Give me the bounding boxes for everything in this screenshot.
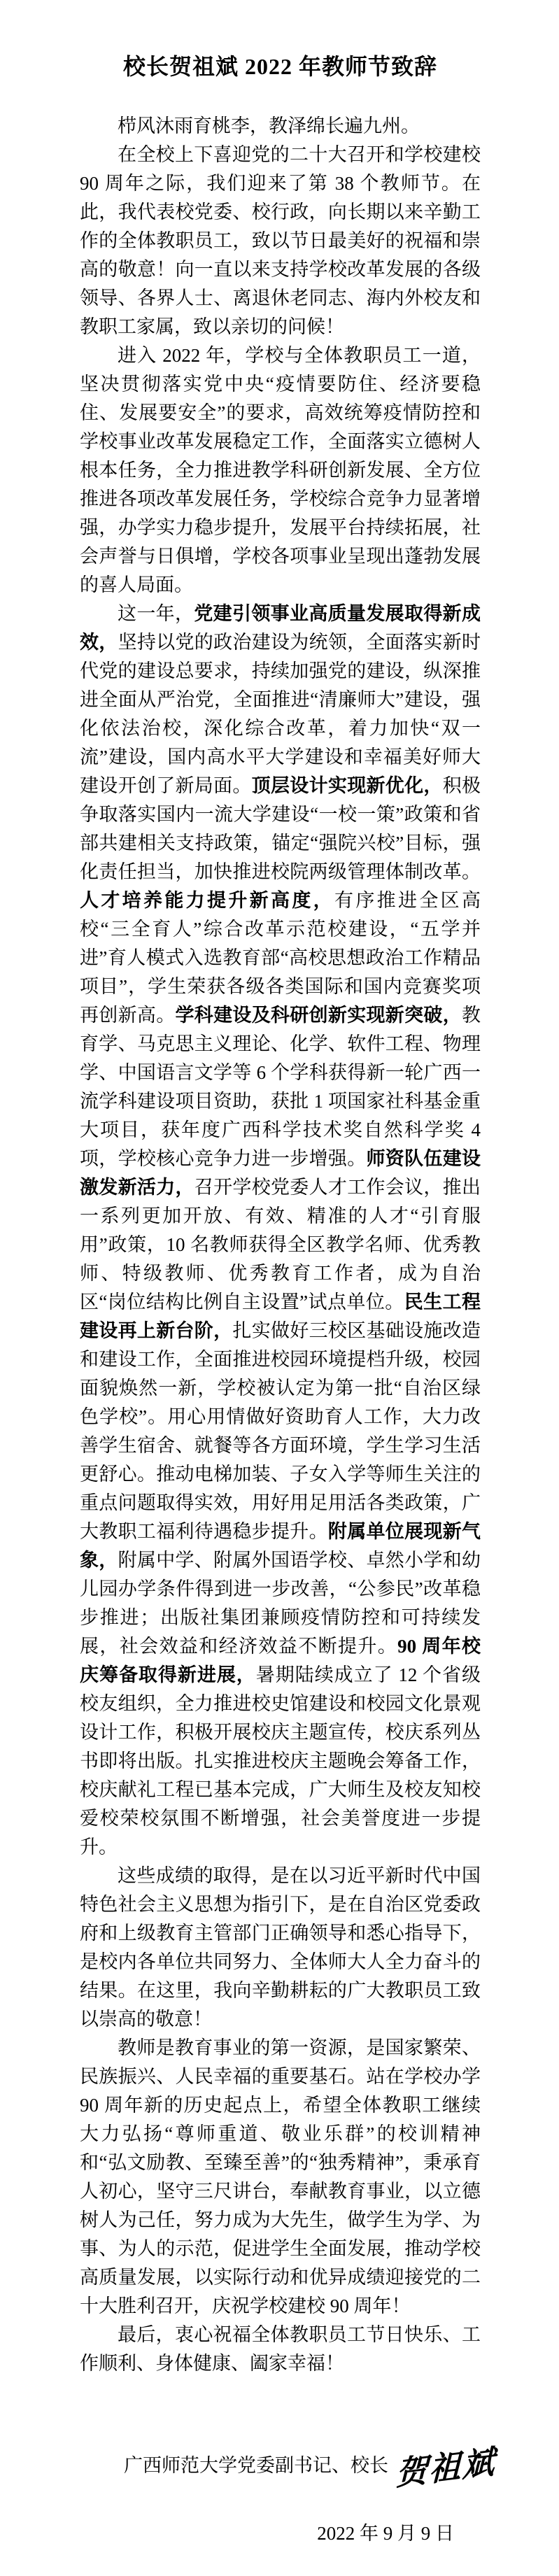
achievements-heading-talent-cultivation: 人才培养能力提升新高度， xyxy=(80,890,334,911)
document-date: 2022 年 9 月 9 日 xyxy=(80,2519,481,2548)
achievements-run-party-building: 坚持以党的政治建设为统领，全面落实新时代党的建设总要求，持续加强党的建设，纵深推… xyxy=(80,632,481,796)
achievements-run-livelihood-projects: 扎实做好三校区基础设施改造和建设工作，全面推进校园环境提档升级，校园面貌焕然一新… xyxy=(80,1320,481,1542)
achievements-heading-top-design: 顶层设计实现新优化， xyxy=(252,775,443,796)
paragraph-greeting: 在全校上下喜迎党的二十大召开和学校建校 90 周年之际，我们迎来了第 38 个教… xyxy=(80,141,481,341)
achievements-heading-discipline-research: 学科建设及科研创新实现新突破， xyxy=(176,1005,462,1026)
paragraph-achievements: 这一年，党建引领事业高质量发展取得新成效，坚持以党的政治建设为统领，全面落实新时… xyxy=(80,600,481,1862)
paragraph-hope: 教师是教育事业的第一资源，是国家繁荣、民族振兴、人民幸福的重要基石。站在学校办学… xyxy=(80,2034,481,2321)
document-page: 校长贺祖斌 2022 年教师节致辞 栉风沐雨育桃李，教泽绵长遍九州。 在全校上下… xyxy=(0,0,559,2576)
signature-role: 广西师范大学党委副书记、校长 xyxy=(124,2451,388,2480)
achievements-run-90th-anniversary: 暑期陆续成立了 12 个省级校友组织，全力推进校史馆建设和校园文化景观设计工作，… xyxy=(80,1664,481,1857)
achievements-run-intro: 这一年， xyxy=(118,603,194,624)
signature-handwriting: 贺祖斌 xyxy=(395,2436,496,2495)
paragraph-closing-wishes: 最后，衷心祝福全体教职员工节日快乐、工作顺利、身体健康、阖家幸福！ xyxy=(80,2321,481,2378)
paragraph-year-review: 进入 2022 年，学校与全体教职员工一道，坚决贯彻落实党中央“疫情要防住、经济… xyxy=(80,341,481,600)
achievements-run-discipline-research: 教育学、马克思主义理论、化学、软件工程、物理学、中国语言文学等 6 个学科获得新… xyxy=(80,1005,481,1169)
document-title: 校长贺祖斌 2022 年教师节致辞 xyxy=(80,49,481,81)
paragraph-opening-couplet: 栉风沐雨育桃李，教泽绵长遍九州。 xyxy=(80,112,481,141)
paragraph-attribution: 这些成绩的取得，是在以习近平新时代中国特色社会主义思想为指引下，是在自治区党委政… xyxy=(80,1862,481,2034)
signature-block: 广西师范大学党委副书记、校长 贺祖斌 xyxy=(80,2442,496,2489)
